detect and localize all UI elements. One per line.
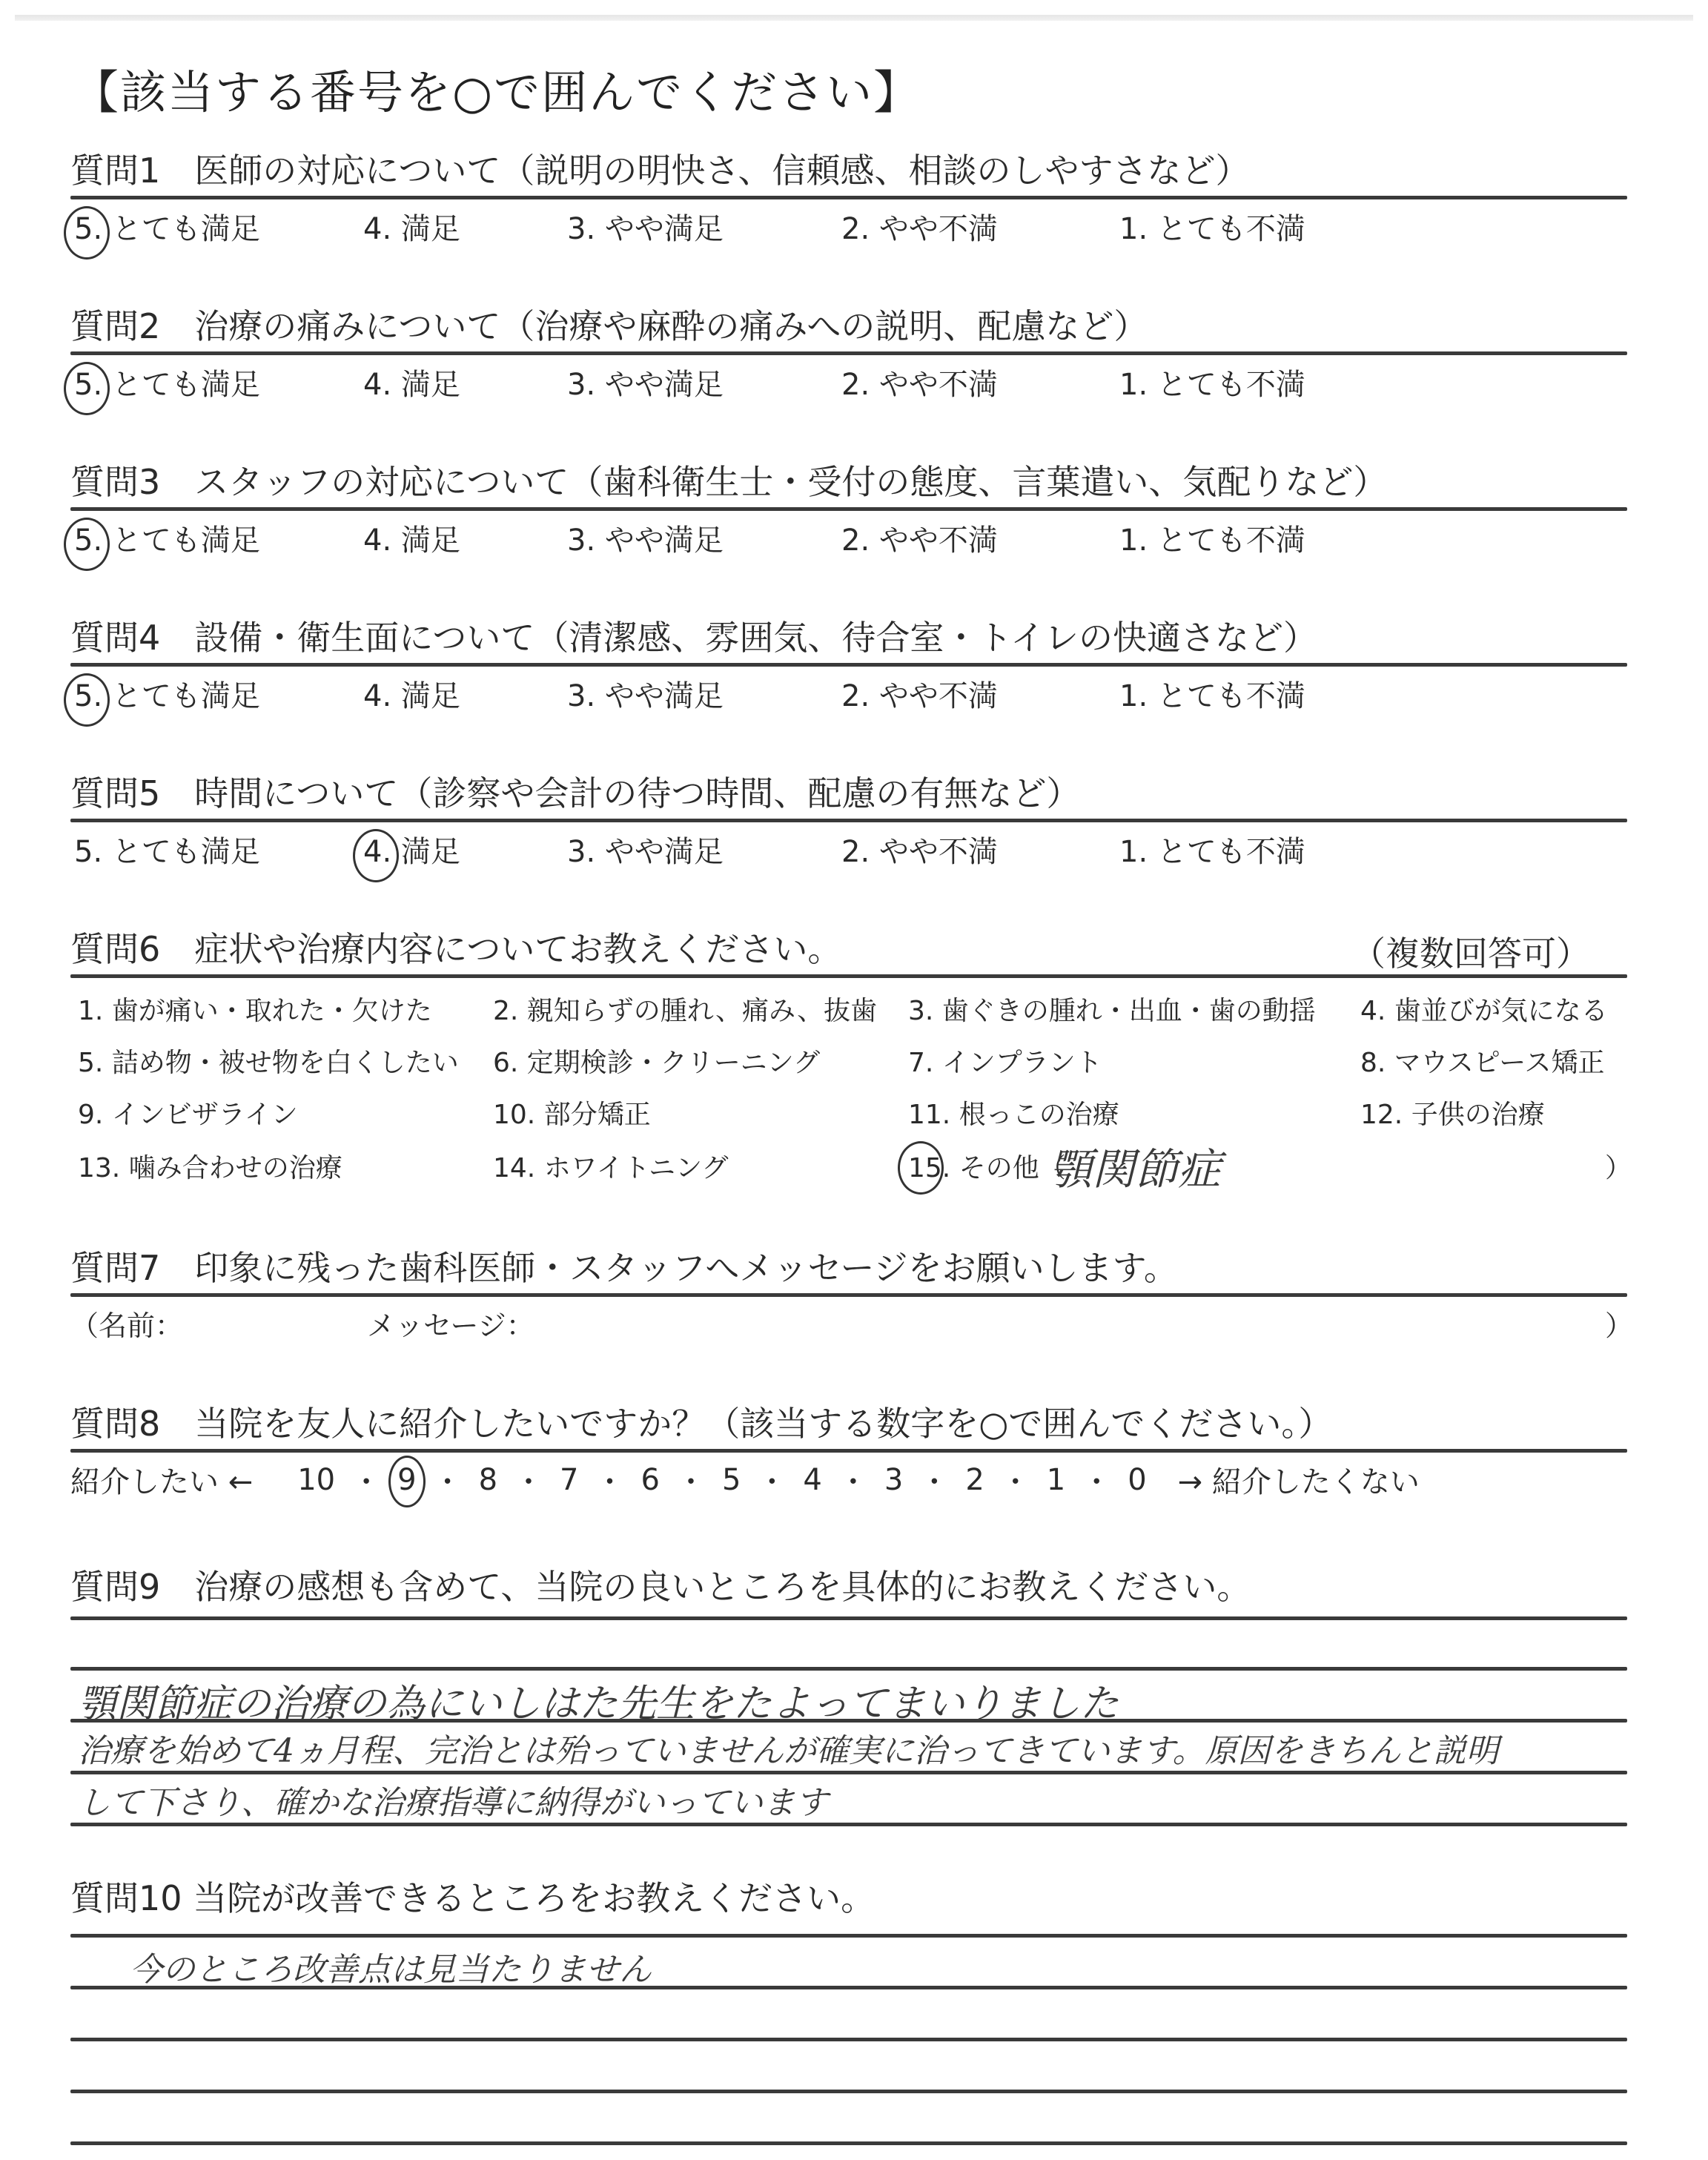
- option-3[interactable]: 3. やや満足: [567, 673, 724, 715]
- divider: [70, 663, 1627, 667]
- question-5: 質問5 時間について（診察や会計の待つ時間、配慮の有無など） 5. とても満足 …: [70, 771, 1627, 873]
- rating-options: 5. とても満足 4. 満足 3. やや満足 2. やや不満 1. とても不満: [70, 517, 1627, 561]
- divider: [70, 819, 1627, 822]
- option-3[interactable]: 3. やや満足: [567, 205, 724, 248]
- question-title: 質問7 印象に残った歯科医師・スタッフへメッセージをお願いします。: [70, 1246, 1627, 1290]
- option-5-selected[interactable]: 5. とても満足: [74, 368, 260, 402]
- scale-7[interactable]: 7: [560, 1463, 578, 1497]
- scan-edge: [15, 15, 1693, 21]
- option-5-selected[interactable]: 5. とても満足: [74, 524, 260, 558]
- scale-3[interactable]: 3: [884, 1463, 903, 1497]
- scale-5[interactable]: 5: [722, 1463, 741, 1497]
- rating-options: 5. とても満足 4. 満足 3. やや満足 2. やや不満 1. とても不満: [70, 828, 1627, 873]
- question-3: 質問3 スタッフの対応について（歯科衛生士・受付の態度、言葉遣い、気配りなど） …: [70, 460, 1627, 561]
- question-10: 質問10 当院が改善できるところをお教えください。 今のところ改善点は見当たりま…: [70, 1876, 1627, 1920]
- symptom-option[interactable]: 3. 歯ぐきの腫れ・出血・歯の動揺: [908, 990, 1316, 1028]
- message-fields: （名前： メッセージ： ）: [70, 1303, 1627, 1347]
- divider: [70, 351, 1627, 355]
- question-9: 質問9 治療の感想も含めて、当院の良いところを具体的にお教えください。 顎関節症…: [70, 1565, 1627, 1609]
- name-field[interactable]: [159, 1303, 337, 1340]
- question-title: 質問2 治療の痛みについて（治療や麻酔の痛みへの説明、配慮など）: [70, 304, 1627, 349]
- scale-9-selected[interactable]: 9: [397, 1463, 416, 1497]
- option-2[interactable]: 2. やや不満: [841, 361, 998, 403]
- handwritten-answer-line-1: 今のところ改善点は見当たりません: [130, 1943, 652, 1990]
- question-title: 質問4 設備・衛生面について（清潔感、雰囲気、待合室・トイレの快適さなど）: [70, 615, 1627, 660]
- symptom-option[interactable]: 5. 詰め物・被せ物を白くしたい: [78, 1042, 459, 1080]
- question-title: 質問3 スタッフの対応について（歯科衛生士・受付の態度、言葉遣い、気配りなど）: [70, 460, 1627, 504]
- answer-line: [70, 2090, 1627, 2093]
- question-title: 質問8 当院を友人に紹介したいですか？（該当する数字を○で囲んでください。）: [70, 1401, 1627, 1446]
- question-6: 質問6 症状や治療内容についてお教えください。 （複数回答可） 1. 歯が痛い・…: [70, 927, 1627, 1198]
- option-4[interactable]: 4. 満足: [363, 517, 460, 559]
- answer-line: [70, 1934, 1627, 1938]
- symptom-option[interactable]: 1. 歯が痛い・取れた・欠けた: [78, 990, 432, 1028]
- option-3[interactable]: 3. やや満足: [567, 517, 724, 559]
- scale-1[interactable]: 1: [1047, 1463, 1065, 1497]
- symptom-option[interactable]: 2. 親知らずの腫れ、痛み、抜歯: [493, 990, 877, 1028]
- question-2: 質問2 治療の痛みについて（治療や麻酔の痛みへの説明、配慮など） 5. とても満…: [70, 304, 1627, 406]
- other-answer-handwritten[interactable]: 顎関節症: [1049, 1135, 1221, 1197]
- symptom-options: 1. 歯が痛い・取れた・欠けた 2. 親知らずの腫れ、痛み、抜歯 3. 歯ぐきの…: [70, 982, 1627, 1198]
- question-title: 質問5 時間について（診察や会計の待つ時間、配慮の有無など）: [70, 771, 1627, 816]
- scale-6[interactable]: 6: [641, 1463, 660, 1497]
- symptom-option[interactable]: 10. 部分矯正: [493, 1094, 651, 1132]
- question-4: 質問4 設備・衛生面について（清潔感、雰囲気、待合室・トイレの快適さなど） 5.…: [70, 615, 1627, 717]
- symptom-option[interactable]: 4. 歯並びが気になる: [1360, 990, 1608, 1028]
- option-2[interactable]: 2. やや不満: [841, 673, 998, 715]
- handwritten-answer-line-1: 顎関節症の治療の為にいしはた先生をたよってまいりました: [78, 1672, 1119, 1728]
- close-paren: ）: [1605, 1303, 1633, 1344]
- option-4[interactable]: 4. 満足: [363, 361, 460, 403]
- symptom-option-other-selected[interactable]: 15. その他（: [908, 1147, 1066, 1185]
- symptom-option[interactable]: 7. インプラント: [908, 1042, 1102, 1080]
- answer-line: [70, 1616, 1627, 1620]
- option-1[interactable]: 1. とても不満: [1119, 828, 1305, 871]
- symptom-option[interactable]: 12. 子供の治療: [1360, 1094, 1545, 1132]
- page-title: 【該当する番号を○で囲んでください】: [73, 56, 921, 122]
- divider: [70, 1449, 1627, 1453]
- scale-0[interactable]: 0: [1128, 1463, 1146, 1497]
- divider: [70, 196, 1627, 199]
- recommend-scale: 紹介したい ← 10・ 9・ 8・ 7・ 6・ 5・ 4・ 3・ 2・ 1・ 0…: [70, 1459, 1627, 1503]
- option-4-selected[interactable]: 4. 満足: [363, 835, 460, 869]
- option-2[interactable]: 2. やや不満: [841, 205, 998, 248]
- symptom-option[interactable]: 13. 噛み合わせの治療: [78, 1147, 342, 1185]
- question-title: 質問9 治療の感想も含めて、当院の良いところを具体的にお教えください。: [70, 1565, 1627, 1609]
- symptom-option[interactable]: 6. 定期検診・クリーニング: [493, 1042, 820, 1080]
- question-title: 質問10 当院が改善できるところをお教えください。: [70, 1876, 1627, 1920]
- symptom-option[interactable]: 14. ホワイトニング: [493, 1147, 728, 1185]
- option-1[interactable]: 1. とても不満: [1119, 361, 1305, 403]
- option-3[interactable]: 3. やや満足: [567, 361, 724, 403]
- close-paren: ）: [1605, 1147, 1632, 1185]
- option-1[interactable]: 1. とても不満: [1119, 673, 1305, 715]
- option-4[interactable]: 4. 満足: [363, 205, 460, 248]
- option-1[interactable]: 1. とても不満: [1119, 205, 1305, 248]
- handwritten-answer-line-2: 治療を始めて4ヵ月程、完治とは殆っていませんが確実に治ってきています。原因をきち…: [78, 1724, 1498, 1771]
- option-1[interactable]: 1. とても不満: [1119, 517, 1305, 559]
- rating-options: 5. とても満足 4. 満足 3. やや満足 2. やや不満 1. とても不満: [70, 673, 1627, 717]
- option-5[interactable]: 5. とても満足: [74, 828, 260, 871]
- option-5-selected[interactable]: 5. とても満足: [74, 679, 260, 713]
- multiple-answers-note: （複数回答可）: [1351, 927, 1590, 976]
- question-title: 質問1 医師の対応について（説明の明快さ、信頼感、相談のしやすさなど）: [70, 148, 1627, 193]
- option-2[interactable]: 2. やや不満: [841, 517, 998, 559]
- scale-2[interactable]: 2: [965, 1463, 984, 1497]
- answer-line: [70, 2038, 1627, 2041]
- symptom-option[interactable]: 9. インビザライン: [78, 1094, 298, 1132]
- option-2[interactable]: 2. やや不満: [841, 828, 998, 871]
- option-4[interactable]: 4. 満足: [363, 673, 460, 715]
- option-5-selected[interactable]: 5. とても満足: [74, 212, 260, 246]
- answer-line: [70, 1667, 1627, 1671]
- right-label: → 紹介したくない: [1178, 1459, 1420, 1501]
- scale-10[interactable]: 10: [297, 1463, 335, 1497]
- symptom-option[interactable]: 11. 根っこの治療: [908, 1094, 1119, 1132]
- left-label: 紹介したい ←: [70, 1459, 253, 1501]
- scale-4[interactable]: 4: [803, 1463, 821, 1497]
- scale-8[interactable]: 8: [479, 1463, 497, 1497]
- symptom-option[interactable]: 8. マウスピース矯正: [1360, 1042, 1604, 1080]
- divider: [70, 1293, 1627, 1297]
- message-label: メッセージ：: [367, 1303, 534, 1344]
- answer-line: [70, 2141, 1627, 2145]
- message-field[interactable]: [560, 1303, 1583, 1340]
- rating-options: 5. とても満足 4. 満足 3. やや満足 2. やや不満 1. とても不満: [70, 361, 1627, 406]
- divider: [70, 507, 1627, 511]
- question-7: 質問7 印象に残った歯科医師・スタッフへメッセージをお願いします。 （名前： メ…: [70, 1246, 1627, 1347]
- handwritten-answer-line-3: して下さり、確かな治療指導に納得がいっています: [78, 1776, 828, 1823]
- question-1: 質問1 医師の対応について（説明の明快さ、信頼感、相談のしやすさなど） 5. と…: [70, 148, 1627, 250]
- option-3[interactable]: 3. やや満足: [567, 828, 724, 871]
- rating-options: 5. とても満足 4. 満足 3. やや満足 2. やや不満 1. とても不満: [70, 205, 1627, 250]
- question-8: 質問8 当院を友人に紹介したいですか？（該当する数字を○で囲んでください。） 紹…: [70, 1401, 1627, 1503]
